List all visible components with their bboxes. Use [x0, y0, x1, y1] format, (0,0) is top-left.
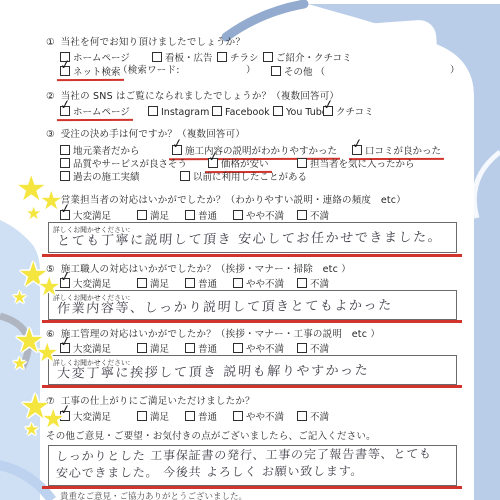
- q5-opt-dissatisfied[interactable]: 不満: [297, 277, 329, 290]
- q6-answer-text: 大変丁寧に挨拶して頂き 説明も解りやすかった: [57, 363, 370, 382]
- check-mark-icon: ✓: [207, 150, 220, 165]
- q6-opt-slightly-dissatisfied[interactable]: やや不満: [233, 342, 284, 355]
- q4-opt-very-satisfied[interactable]: ✓大変満足: [60, 209, 111, 222]
- question-6-heading: ⑥施工管理の対応はいかがでしたか？（挨拶・マナー・工事の説明 etc ）: [46, 329, 380, 340]
- star-icon: ★: [42, 406, 64, 431]
- checkbox-icon: [60, 145, 70, 155]
- question-3-title: 受注の決め手は何ですか？（複数回答可）: [61, 129, 245, 140]
- checkbox-icon: [137, 343, 147, 353]
- checkbox-icon: [233, 278, 243, 288]
- q3-opt-used-before[interactable]: 以前に利用したことがある: [180, 170, 307, 183]
- checkbox-icon: [137, 210, 147, 220]
- checkbox-icon: [297, 158, 307, 168]
- star-icon: ★: [40, 188, 62, 213]
- checkbox-icon: [271, 66, 281, 76]
- question-7-title: 工事の仕上がりにご満足いただけましたか？: [61, 396, 255, 407]
- q2-opt-facebook[interactable]: Facebook: [212, 105, 270, 118]
- checkbox-icon: [185, 210, 195, 220]
- footer-thanks: 貴重なご意見・ご協力ありがとうございました。: [60, 490, 247, 500]
- option-label: 普通: [198, 211, 217, 222]
- check-mark-icon: ✓: [171, 137, 184, 152]
- q7-opt-very-satisfied[interactable]: ✓大変満足: [60, 410, 111, 423]
- check-mark-icon: ✓: [351, 137, 364, 152]
- q3-opt-low-price[interactable]: ✓価格が安い: [208, 157, 269, 170]
- red-underline: [42, 385, 462, 388]
- question-5-heading: ⑤施工職人の対応はいかがでしたか？（挨拶・マナー・掃除 etc ）: [46, 264, 351, 275]
- option-label: 普通: [198, 412, 217, 423]
- q2-opt-homepage[interactable]: ✓ホームページ: [60, 105, 130, 118]
- option-label: やや不満: [246, 279, 284, 290]
- star-icon: ★: [24, 422, 39, 439]
- q3-opt-past-works[interactable]: 過去の施工実績: [60, 170, 140, 183]
- option-label: Facebook: [225, 107, 270, 118]
- option-label: 口コミが良かった: [365, 146, 441, 157]
- checkbox-icon: [185, 343, 195, 353]
- question-7-heading: ⑦工事の仕上がりにご満足いただけましたか？: [46, 396, 255, 407]
- checkbox-icon: [60, 158, 70, 168]
- question-3-heading: ③受注の決め手は何ですか？（複数回答可）: [46, 129, 245, 140]
- red-underline: [42, 254, 462, 257]
- option-label: 価格が安い: [221, 159, 269, 170]
- q1-opt-other[interactable]: その他 （: [271, 65, 325, 78]
- question-2-heading: ②当社の SNS はご覧になられましたでしょうか？（複数回答可）: [46, 91, 339, 102]
- check-mark-icon: ✓: [59, 270, 72, 285]
- checkbox-icon: [152, 52, 162, 62]
- option-label: 大変満足: [73, 279, 111, 290]
- checkbox-icon: [297, 210, 307, 220]
- q6-opt-neutral[interactable]: 普通: [185, 342, 217, 355]
- checkbox-icon: [148, 106, 158, 116]
- checkbox-checked-icon: ✓: [60, 343, 70, 353]
- question-3-number: ③: [46, 129, 55, 140]
- checkbox-checked-icon: ✓: [208, 158, 218, 168]
- option-label: 大変満足: [73, 211, 111, 222]
- q7-opt-slightly-dissatisfied[interactable]: やや不満: [233, 410, 284, 423]
- question-4-heading: ④営業担当者の対応はいかがでしたか？（わかりやすい説明・連絡の頻度 etc）: [46, 195, 406, 206]
- question-5-title: 施工職人の対応はいかがでしたか？（挨拶・マナー・掃除 etc ）: [61, 264, 351, 275]
- checkbox-icon: [60, 171, 70, 181]
- option-label: 品質やサービスが良さそう: [73, 159, 187, 170]
- option-label: 普通: [198, 279, 217, 290]
- checkbox-checked-icon: ✓: [323, 106, 333, 116]
- option-label: ホームページ: [73, 107, 130, 118]
- option-label: ホームページ: [73, 53, 130, 64]
- checkbox-icon: [263, 52, 273, 62]
- checkbox-icon: [297, 278, 307, 288]
- checkbox-icon: [185, 278, 195, 288]
- question-1-heading: ①当社を何でお知り頂けましたでしょうか？: [46, 37, 245, 48]
- q3-opt-local-contractor[interactable]: 地元業者だから: [60, 144, 140, 157]
- question-4-title: 営業担当者の対応はいかがでしたか？（わかりやすい説明・連絡の頻度 etc）: [61, 195, 406, 206]
- check-mark-icon: ✓: [322, 98, 335, 113]
- q4-opt-slightly-dissatisfied[interactable]: やや不満: [233, 209, 284, 222]
- q5-opt-satisfied[interactable]: 満足: [137, 277, 169, 290]
- q3-opt-liked-rep[interactable]: 担当者を気に入ったから: [297, 157, 415, 170]
- checkbox-checked-icon: ✓: [172, 145, 182, 155]
- star-icon: ★: [12, 356, 27, 373]
- q5-opt-neutral[interactable]: 普通: [185, 277, 217, 290]
- option-label: 不満: [310, 211, 329, 222]
- checkbox-checked-icon: ✓: [60, 106, 70, 116]
- star-icon: ★: [38, 274, 60, 299]
- option-label: やや不満: [246, 344, 284, 355]
- checkbox-icon: [185, 411, 195, 421]
- option-label: ネット検索: [73, 67, 121, 78]
- question-6-title: 施工管理の対応はいかがでしたか？（挨拶・マナー・工事の説明 etc ）: [61, 329, 380, 340]
- q2-opt-youtube[interactable]: You Tube: [273, 105, 328, 118]
- question-1-title: 当社を何でお知り頂けましたでしょうか？: [61, 37, 245, 48]
- question-2-title: 当社の SNS はご覧になられましたでしょうか？（複数回答可）: [61, 91, 339, 102]
- option-label: 地元業者だから: [73, 146, 140, 157]
- q1-search-word-label: （検索ワード:: [118, 65, 180, 76]
- option-label: 不満: [310, 344, 329, 355]
- checkbox-icon: [233, 210, 243, 220]
- question-2-number: ②: [46, 91, 55, 102]
- q1-opt-referral[interactable]: ご紹介・クチコミ: [263, 51, 352, 64]
- q6-opt-dissatisfied[interactable]: 不満: [297, 342, 329, 355]
- option-label: その他 （: [284, 67, 325, 78]
- q3-opt-good-reviews[interactable]: ✓口コミが良かった: [352, 144, 441, 157]
- checkbox-icon: [137, 278, 147, 288]
- option-label: クチコミ: [336, 107, 374, 118]
- q3-opt-quality-service[interactable]: 品質やサービスが良さそう: [60, 157, 187, 170]
- q1-opt-signboard-ad[interactable]: 看板・広告: [152, 51, 213, 64]
- q4-opt-satisfied[interactable]: 満足: [137, 209, 169, 222]
- checkbox-icon: [297, 343, 307, 353]
- q5-opt-very-satisfied[interactable]: ✓大変満足: [60, 277, 111, 290]
- option-label: ご紹介・クチコミ: [276, 53, 352, 64]
- q3-opt-clear-explanation[interactable]: ✓施工内容の説明がわかりやすかった: [172, 144, 337, 157]
- q6-opt-very-satisfied[interactable]: ✓大変満足: [60, 342, 111, 355]
- red-underline: [42, 320, 462, 323]
- q1-close-paren: ）: [246, 65, 256, 76]
- q2-opt-kuchikomi[interactable]: ✓クチコミ: [323, 105, 374, 118]
- option-label: Instagram: [161, 107, 209, 118]
- option-label: 担当者を気に入ったから: [310, 159, 415, 170]
- q5-opt-slightly-dissatisfied[interactable]: やや不満: [233, 277, 284, 290]
- star-icon: ★: [36, 340, 58, 365]
- check-mark-icon: ✓: [59, 335, 72, 350]
- option-label: 不満: [310, 412, 329, 423]
- free-comment-line2: 安心できました。 今後共 よろしく お願い致します。: [56, 464, 364, 481]
- q4-opt-dissatisfied[interactable]: 不満: [297, 209, 329, 222]
- checkbox-icon: [297, 411, 307, 421]
- q1-other-close-paren: ）: [450, 65, 460, 76]
- checkbox-icon: [217, 52, 227, 62]
- red-underline: [42, 486, 462, 489]
- option-label: 大変満足: [73, 344, 111, 355]
- option-label: 不満: [310, 279, 329, 290]
- checkbox-icon: [137, 411, 147, 421]
- checkbox-checked-icon: ✓: [60, 66, 70, 76]
- free-comment-box[interactable]: しっかりとした 工事保証書の発行、工事の完了報告書等、とても 安心できました。 …: [48, 445, 457, 486]
- option-label: 普通: [198, 344, 217, 355]
- q4-opt-neutral[interactable]: 普通: [185, 209, 217, 222]
- checkbox-checked-icon: ✓: [60, 278, 70, 288]
- q6-opt-satisfied[interactable]: 満足: [137, 342, 169, 355]
- q4-detail-box[interactable]: 詳しくお聞かせください: とても丁寧に説明して頂き 安心してお任かせできました。: [48, 222, 457, 253]
- option-label: チラシ: [230, 53, 259, 64]
- survey-sheet: ★ ★ ★ ★ ★ ★ ★ ★ ★ ★ ★ ★ ①当社を何でお知り頂けましたでし…: [0, 0, 500, 500]
- option-label: You Tube: [286, 107, 328, 118]
- q1-opt-net-search[interactable]: ✓ネット検索: [60, 65, 121, 78]
- checkbox-icon: [233, 411, 243, 421]
- option-label: やや不満: [246, 211, 284, 222]
- q7-opt-dissatisfied[interactable]: 不満: [297, 410, 329, 423]
- check-mark-icon: ✓: [59, 98, 72, 113]
- checkbox-icon: [233, 343, 243, 353]
- question-1-number: ①: [46, 37, 55, 48]
- q5-answer-text: 作業内容等、しっかり説明して頂きとてもよかった: [57, 298, 394, 317]
- checkbox-checked-icon: ✓: [352, 145, 362, 155]
- option-label: 看板・広告: [165, 53, 213, 64]
- check-mark-icon: ✓: [59, 58, 72, 73]
- option-label: 満足: [150, 211, 169, 222]
- star-icon: ★: [26, 206, 41, 223]
- option-label: やや不満: [246, 412, 284, 423]
- star-icon: ★: [12, 290, 27, 307]
- option-label: 過去の施工実績: [73, 172, 140, 183]
- q2-opt-instagram[interactable]: Instagram: [148, 105, 209, 118]
- q7-opt-neutral[interactable]: 普通: [185, 410, 217, 423]
- option-label: 以前に利用したことがある: [193, 172, 307, 183]
- option-label: 大変満足: [73, 412, 111, 423]
- q4-answer-text: とても丁寧に説明して頂き 安心してお任かせできました。: [57, 230, 443, 250]
- option-label: 満足: [150, 412, 169, 423]
- checkbox-icon: [273, 106, 283, 116]
- free-comment-line1: しっかりとした 工事保証書の発行、工事の完了報告書等、とても: [56, 447, 433, 464]
- option-label: 満足: [150, 344, 169, 355]
- q7-opt-satisfied[interactable]: 満足: [137, 410, 169, 423]
- option-label: 満足: [150, 279, 169, 290]
- q1-opt-flyer[interactable]: チラシ: [217, 51, 259, 64]
- free-comment-prompt: その他ご意見・ご要望・お気付きの点がございましたら、ご記入ください。: [46, 431, 376, 442]
- checkbox-icon: [180, 171, 190, 181]
- q5-detail-box[interactable]: 詳しくお聞かせください: 作業内容等、しっかり説明して頂きとてもよかった: [48, 290, 457, 320]
- q6-detail-box[interactable]: 詳しくお聞かせください: 大変丁寧に挨拶して頂き 説明も解りやすかった: [48, 355, 457, 385]
- checkbox-icon: [212, 106, 222, 116]
